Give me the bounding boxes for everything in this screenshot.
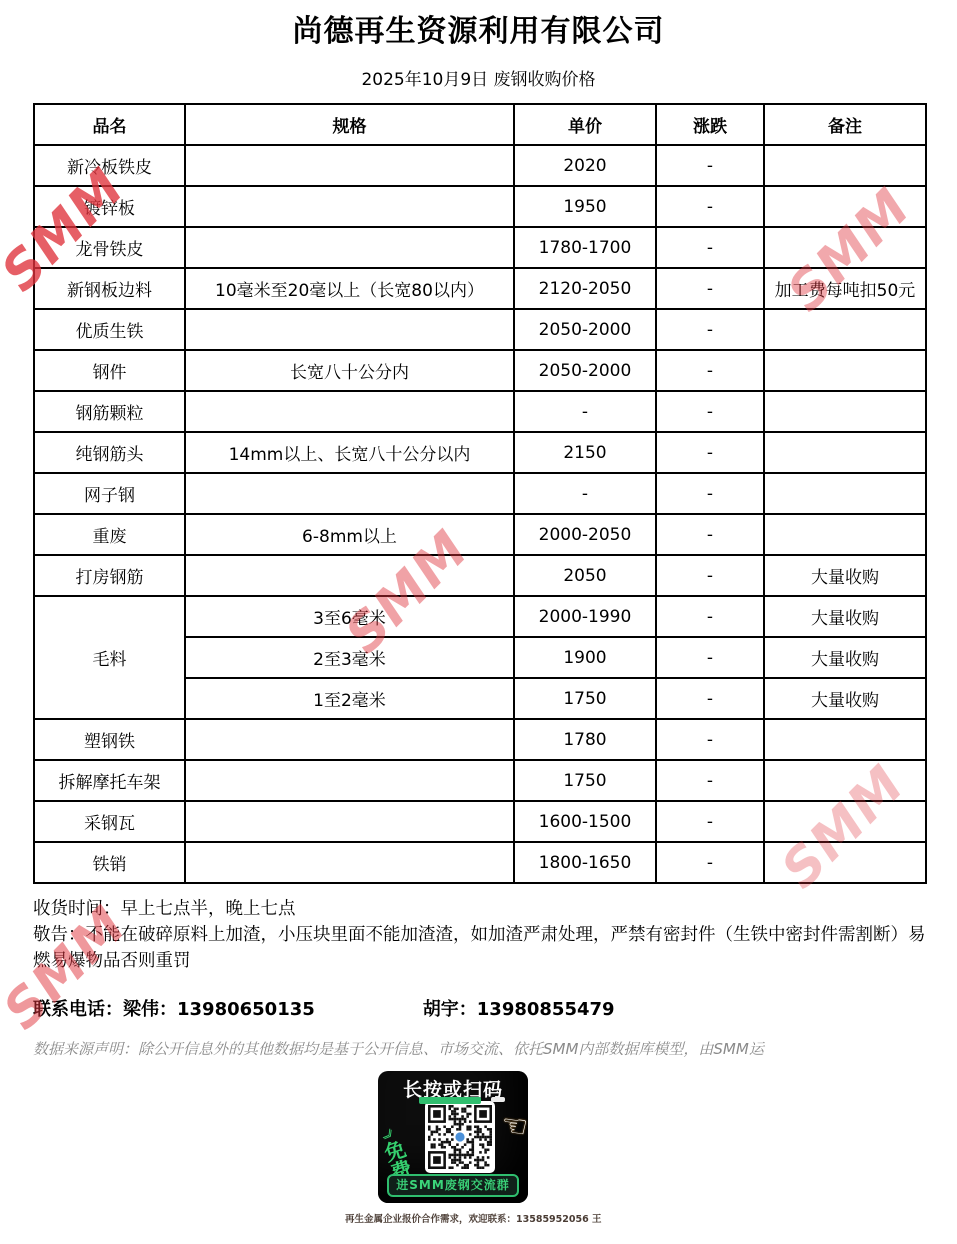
table-row: 新钢板边料10毫米至20毫以上（长宽80以内）2120-2050-加工费每吨扣5… (34, 268, 926, 309)
table-row: 拆解摩托车架1750- (34, 760, 926, 801)
change-cell: - (656, 309, 764, 350)
qr-card (425, 1101, 495, 1173)
table-row: 铁销1800-1650- (34, 842, 926, 883)
change-cell: - (656, 432, 764, 473)
spec-cell: 长宽八十公分内 (185, 350, 514, 391)
note-cell: 大量收购 (764, 637, 926, 678)
table-row: 镀锌板1950- (34, 186, 926, 227)
table-row: 网子钢-- (34, 473, 926, 514)
price-cell: 1900 (514, 637, 656, 678)
spec-cell (185, 145, 514, 186)
change-cell: - (656, 514, 764, 555)
change-cell: - (656, 555, 764, 596)
change-cell: - (656, 760, 764, 801)
pickup-time-note: 收货时间：早上七点半，晚上七点 (33, 896, 933, 922)
change-cell: - (656, 637, 764, 678)
product-name-cell: 毛料 (34, 596, 185, 719)
product-name-cell: 重废 (34, 514, 185, 555)
table-row: 毛料3至6毫米2000-1990-大量收购 (34, 596, 926, 637)
data-source-disclaimer: 数据来源声明：除公开信息外的其他数据均是基于公开信息、市场交流、依托SMM内部数… (33, 1038, 957, 1059)
product-name-cell: 塑钢铁 (34, 719, 185, 760)
table-row: 龙骨铁皮1780-1700- (34, 227, 926, 268)
change-cell: - (656, 145, 764, 186)
note-cell (764, 145, 926, 186)
note-cell (764, 186, 926, 227)
date-subtitle: 2025年10月9日 废钢收购价格 (0, 65, 957, 90)
product-name-cell: 拆解摩托车架 (34, 760, 185, 801)
qr-banner[interactable]: 长按或扫码 》 免费 ☜ 进SMM废钢交流群 (378, 1071, 528, 1203)
change-cell: - (656, 350, 764, 391)
product-name-cell: 网子钢 (34, 473, 185, 514)
spec-cell: 10毫米至20毫以上（长宽80以内） (185, 268, 514, 309)
table-row: 新冷板铁皮2020- (34, 145, 926, 186)
spec-cell (185, 842, 514, 883)
note-cell (764, 473, 926, 514)
price-table: 品名 规格 单价 涨跌 备注 新冷板铁皮2020-镀锌板1950-龙骨铁皮178… (33, 103, 927, 884)
product-name-cell: 新冷板铁皮 (34, 145, 185, 186)
change-cell: - (656, 678, 764, 719)
change-cell: - (656, 186, 764, 227)
note-cell: 大量收购 (764, 596, 926, 637)
product-name-cell: 优质生铁 (34, 309, 185, 350)
product-name-cell: 纯钢筋头 (34, 432, 185, 473)
price-cell: - (514, 473, 656, 514)
note-cell (764, 391, 926, 432)
note-cell (764, 760, 926, 801)
spec-cell (185, 473, 514, 514)
price-cell: 2000-2050 (514, 514, 656, 555)
table-row: 优质生铁2050-2000- (34, 309, 926, 350)
spec-cell: 3至6毫米 (185, 596, 514, 637)
price-cell: 2020 (514, 145, 656, 186)
table-row: 重废6-8mm以上2000-2050- (34, 514, 926, 555)
contact-line: 联系电话：梁伟：13980650135胡宇：13980855479 (33, 995, 957, 1021)
note-cell: 加工费每吨扣50元 (764, 268, 926, 309)
price-cell: 2120-2050 (514, 268, 656, 309)
spec-cell: 6-8mm以上 (185, 514, 514, 555)
spec-cell (185, 227, 514, 268)
spec-cell (185, 309, 514, 350)
pointing-hand-icon: ☜ (499, 1107, 528, 1145)
header-row: 品名 规格 单价 涨跌 备注 (34, 104, 926, 145)
note-cell: 大量收购 (764, 678, 926, 719)
product-name-cell: 钢筋颗粒 (34, 391, 185, 432)
product-name-cell: 打房钢筋 (34, 555, 185, 596)
price-cell: 1780-1700 (514, 227, 656, 268)
price-cell: 1750 (514, 678, 656, 719)
spec-cell: 1至2毫米 (185, 678, 514, 719)
price-cell: 2050-2000 (514, 350, 656, 391)
contact-person-2: 胡宇：13980855479 (423, 999, 615, 1020)
join-group-button[interactable]: 进SMM废钢交流群 (387, 1174, 519, 1197)
change-cell: - (656, 473, 764, 514)
col-header-product: 品名 (34, 104, 185, 145)
note-cell (764, 842, 926, 883)
spec-cell (185, 391, 514, 432)
change-cell: - (656, 596, 764, 637)
price-cell: 1600-1500 (514, 801, 656, 842)
note-cell (764, 514, 926, 555)
contact-label: 联系电话： (33, 999, 123, 1020)
product-name-cell: 钢件 (34, 350, 185, 391)
note-cell (764, 719, 926, 760)
table-row: 钢件长宽八十公分内2050-2000- (34, 350, 926, 391)
note-cell: 大量收购 (764, 555, 926, 596)
price-cell: 2050-2000 (514, 309, 656, 350)
spec-cell: 14mm以上、长宽八十公分以内 (185, 432, 514, 473)
warning-note: 敬告：不能在破碎原料上加渣，小压块里面不能加渣渣，如加渣严肃处理，严禁有密封件（… (33, 922, 933, 974)
product-name-cell: 采钢瓦 (34, 801, 185, 842)
note-cell (764, 350, 926, 391)
note-cell (764, 432, 926, 473)
price-cell: 1800-1650 (514, 842, 656, 883)
table-row: 钢筋颗粒-- (34, 391, 926, 432)
change-cell: - (656, 842, 764, 883)
spec-cell (185, 801, 514, 842)
price-cell: 2000-1990 (514, 596, 656, 637)
col-header-spec: 规格 (185, 104, 514, 145)
product-name-cell: 新钢板边料 (34, 268, 185, 309)
qr-section: 长按或扫码 》 免费 ☜ 进SMM废钢交流群 再生金属企业报价合作需求，欢迎联系… (0, 1069, 957, 1239)
col-header-change: 涨跌 (656, 104, 764, 145)
col-header-price: 单价 (514, 104, 656, 145)
qr-frame-tab-icon (419, 1097, 481, 1104)
spec-cell (185, 719, 514, 760)
product-name-cell: 龙骨铁皮 (34, 227, 185, 268)
spec-cell (185, 555, 514, 596)
qr-code (428, 1105, 492, 1169)
contact-person-1: 梁伟：13980650135 (123, 999, 315, 1020)
price-sheet-page: SMM SMM SMM SMM SMM 尚德再生资源利用有限公司 2025年10… (0, 0, 957, 1244)
product-name-cell: 铁销 (34, 842, 185, 883)
price-cell: 2050 (514, 555, 656, 596)
change-cell: - (656, 268, 764, 309)
change-cell: - (656, 801, 764, 842)
change-cell: - (656, 227, 764, 268)
note-cell (764, 309, 926, 350)
note-cell (764, 801, 926, 842)
product-name-cell: 镀锌板 (34, 186, 185, 227)
table-row: 塑钢铁1780- (34, 719, 926, 760)
qr-frame-dash-icon (491, 1097, 505, 1102)
note-cell (764, 227, 926, 268)
price-cell: 2150 (514, 432, 656, 473)
spec-cell (185, 760, 514, 801)
notes-section: 收货时间：早上七点半，晚上七点 敬告：不能在破碎原料上加渣，小压块里面不能加渣渣… (33, 896, 933, 974)
footer-contact: 再生金属企业报价合作需求，欢迎联系：13585952056 王 (345, 1211, 602, 1225)
table-row: 采钢瓦1600-1500- (34, 801, 926, 842)
table-row: 纯钢筋头14mm以上、长宽八十公分以内2150- (34, 432, 926, 473)
company-title: 尚德再生资源利用有限公司 (0, 6, 957, 50)
price-cell: 1950 (514, 186, 656, 227)
table-row: 打房钢筋2050-大量收购 (34, 555, 926, 596)
price-table-body: 新冷板铁皮2020-镀锌板1950-龙骨铁皮1780-1700-新钢板边料10毫… (34, 145, 926, 883)
change-cell: - (656, 391, 764, 432)
spec-cell (185, 186, 514, 227)
price-cell: 1750 (514, 760, 656, 801)
change-cell: - (656, 719, 764, 760)
spec-cell: 2至3毫米 (185, 637, 514, 678)
price-cell: - (514, 391, 656, 432)
col-header-note: 备注 (764, 104, 926, 145)
price-cell: 1780 (514, 719, 656, 760)
